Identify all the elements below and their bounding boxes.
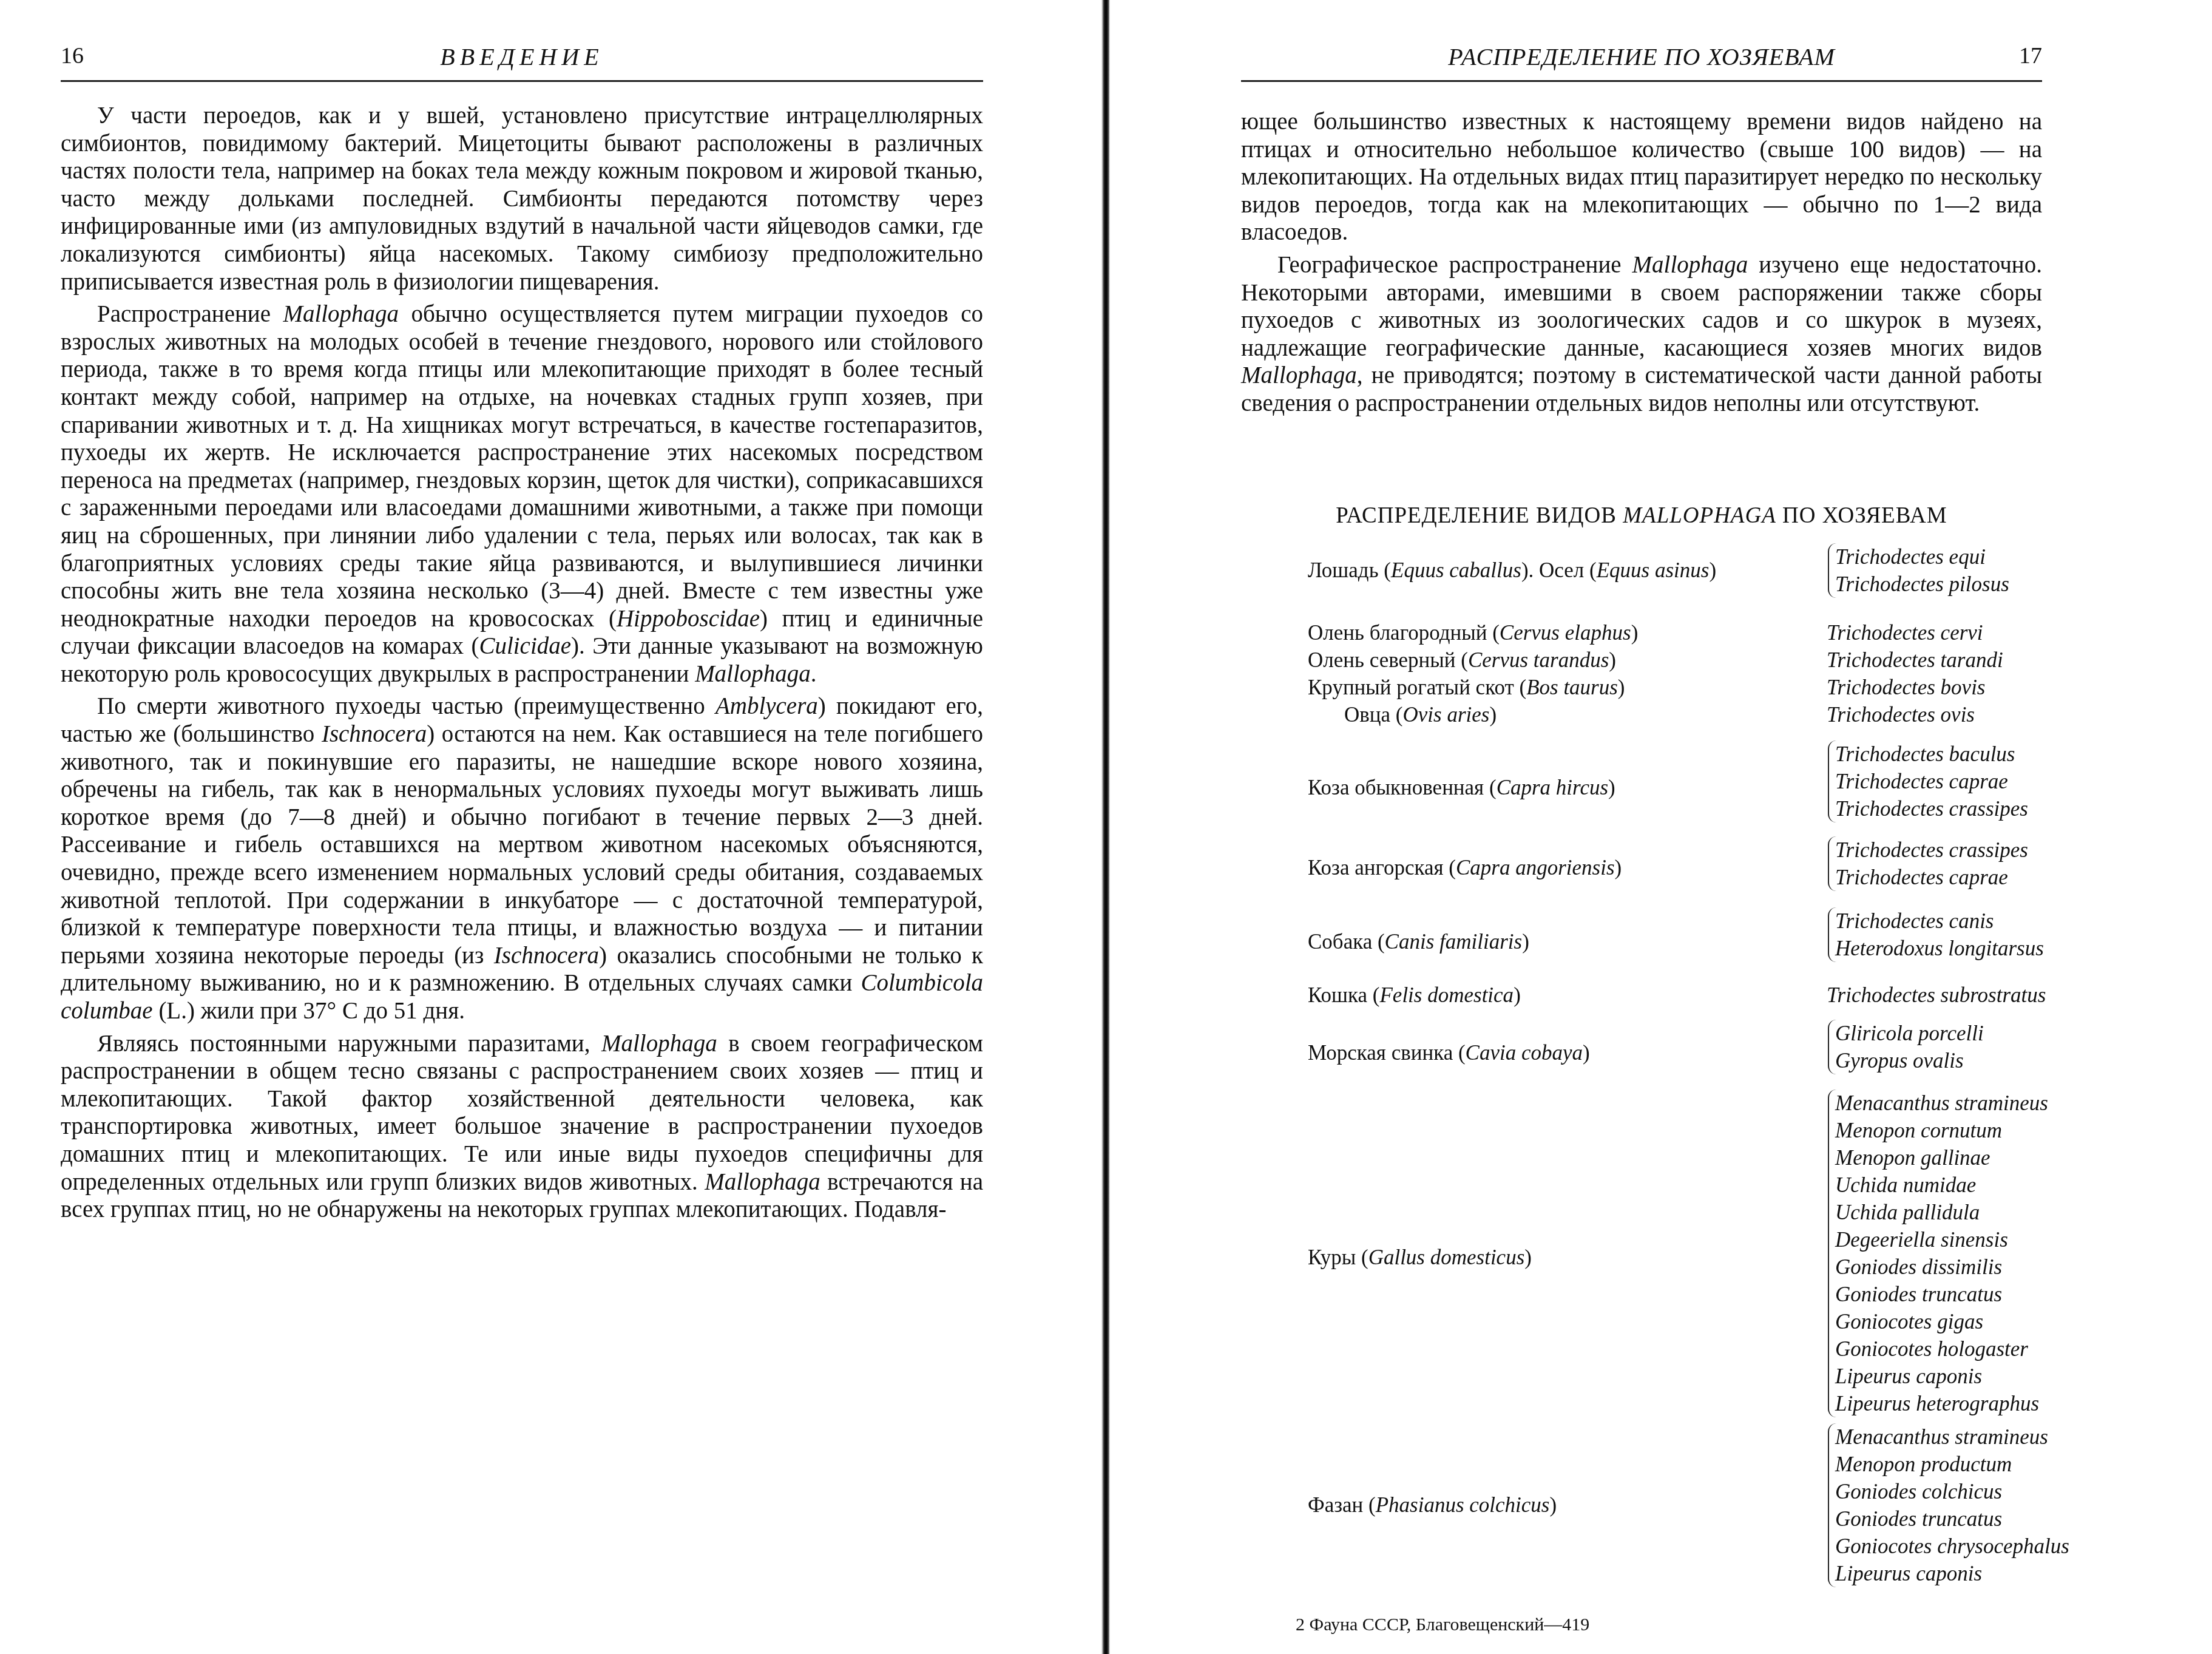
parasite-species: Goniodes colchicus	[1835, 1478, 2069, 1505]
parasite-species: Heterodoxus longitarsus	[1835, 935, 2044, 962]
parasite-species: Trichodectes caprae	[1835, 864, 2028, 891]
page-number-right: 17	[2019, 42, 2042, 69]
right-body-text: ющее большинство известных к настоящему …	[1241, 108, 2042, 422]
left-paragraph: Являясь постоянными наружными паразитами…	[61, 1030, 983, 1224]
left-page: 16 ВВЕДЕНИЕ У части пероедов, как и у вш…	[0, 0, 1080, 1654]
parasite-species: Trichodectes caprae	[1835, 768, 2028, 795]
parasite-list: Trichodectes subrostratus	[1827, 981, 2046, 1009]
parasite-species: Trichodectes crassipes	[1835, 795, 2028, 822]
running-head-title-right: РАСПРЕДЕЛЕНИЕ ПО ХОЗЯЕВАМ	[1241, 42, 2042, 71]
left-paragraph: По смерти животного пухоеды частью (преи…	[61, 693, 983, 1025]
parasite-species: Goniodes truncatus	[1835, 1505, 2069, 1533]
parasite-list: Trichodectes cervi	[1827, 619, 1983, 646]
parasite-list: Trichodectes ovis	[1827, 701, 1975, 728]
host-name: Крупный рогатый скот (Bos taurus)	[1308, 676, 1625, 700]
parasite-species: Goniodes truncatus	[1835, 1281, 2048, 1308]
left-body-text: У части пероедов, как и у вшей, установл…	[61, 102, 983, 1229]
parasite-species: Trichodectes canis	[1835, 907, 2044, 935]
host-name: Олень северный (Cervus tarandus)	[1308, 648, 1616, 673]
parasite-species: Trichodectes bovis	[1827, 674, 1986, 701]
parasite-species: Menopon productum	[1835, 1451, 2069, 1478]
parasite-species: Trichodectes crassipes	[1835, 836, 2028, 864]
parasite-species: Goniocotes gigas	[1835, 1308, 2048, 1335]
parasite-species: Goniocotes hologaster	[1835, 1335, 2048, 1363]
parasite-list: Trichodectes canisHeterodoxus longitarsu…	[1828, 907, 2044, 962]
parasite-list: Trichodectes tarandi	[1827, 646, 2003, 674]
host-name: Собака (Canis familiaris)	[1308, 930, 1529, 954]
parasite-species: Trichodectes tarandi	[1827, 646, 2003, 674]
parasite-list: Gliricola porcelliGyropus ovalis	[1828, 1020, 1984, 1074]
host-name: Овца (Ovis aries)	[1344, 703, 1497, 727]
running-head-title-left: ВВЕДЕНИЕ	[61, 42, 983, 71]
parasite-species: Trichodectes ovis	[1827, 701, 1975, 728]
parasite-species: Trichodectes pilosus	[1835, 571, 2009, 598]
parasite-species: Menopon cornutum	[1835, 1117, 2048, 1144]
parasite-species: Uchida numidae	[1835, 1171, 2048, 1199]
parasite-species: Lipeurus caponis	[1835, 1560, 2069, 1587]
parasite-list: Trichodectes crassipesTrichodectes capra…	[1828, 836, 2028, 891]
parasite-list: Menacanthus stramineusMenopon cornutumMe…	[1828, 1090, 2048, 1417]
parasite-list: Trichodectes equiTrichodectes pilosus	[1828, 543, 2009, 598]
book-gutter	[1101, 0, 1110, 1654]
parasite-species: Menacanthus stramineus	[1835, 1423, 2069, 1451]
table-title: РАСПРЕДЕЛЕНИЕ ВИДОВ MALLOPHAGA ПО ХОЗЯЕВ…	[1241, 503, 2042, 529]
right-paragraph: Географическое распространение Mallophag…	[1241, 251, 2042, 418]
table-title-italic: MALLOPHAGA	[1623, 503, 1776, 528]
table-title-prefix: РАСПРЕДЕЛЕНИЕ ВИДОВ	[1336, 503, 1623, 528]
parasite-species: Lipeurus heterographus	[1835, 1390, 2048, 1417]
host-name: Коза ангорская (Capra angoriensis)	[1308, 856, 1622, 880]
parasite-species: Gyropus ovalis	[1835, 1047, 1984, 1074]
host-name: Куры (Gallus domesticus)	[1308, 1246, 1532, 1270]
parasite-species: Trichodectes cervi	[1827, 619, 1983, 646]
left-paragraph: Распространение Mallophaga обычно осущес…	[61, 300, 983, 688]
right-paragraph: ющее большинство известных к настоящему …	[1241, 108, 2042, 246]
parasite-species: Trichodectes baculus	[1835, 741, 2028, 768]
parasite-species: Menopon gallinae	[1835, 1144, 2048, 1171]
table-title-suffix: ПО ХОЗЯЕВАМ	[1776, 503, 1947, 528]
parasite-species: Menacanthus stramineus	[1835, 1090, 2048, 1117]
running-head-left: 16 ВВЕДЕНИЕ	[61, 38, 983, 82]
host-name: Лошадь (Equus caballus). Осел (Equus asi…	[1308, 558, 1716, 583]
running-head-right: РАСПРЕДЕЛЕНИЕ ПО ХОЗЯЕВАМ 17	[1241, 38, 2042, 82]
host-name: Коза обыкновенная (Capra hircus)	[1308, 776, 1615, 800]
parasite-species: Goniodes dissimilis	[1835, 1253, 2048, 1281]
parasite-species: Gliricola porcelli	[1835, 1020, 1984, 1047]
parasite-list: Trichodectes baculusTrichodectes capraeT…	[1828, 741, 2028, 822]
host-name: Олень благородный (Cervus elaphus)	[1308, 621, 1638, 645]
host-name: Морская свинка (Cavia cobaya)	[1308, 1041, 1590, 1065]
parasite-species: Trichodectes equi	[1835, 543, 2009, 571]
parasite-species: Goniocotes chrysocephalus	[1835, 1533, 2069, 1560]
host-name: Кошка (Felis domestica)	[1308, 983, 1521, 1008]
parasite-list: Menacanthus stramineusMenopon productumG…	[1828, 1423, 2069, 1587]
parasite-species: Uchida pallidula	[1835, 1199, 2048, 1226]
parasite-species: Degeeriella sinensis	[1835, 1226, 2048, 1253]
parasite-species: Lipeurus caponis	[1835, 1363, 2048, 1390]
left-paragraph: У части пероедов, как и у вшей, установл…	[61, 102, 983, 296]
parasite-list: Trichodectes bovis	[1827, 674, 1986, 701]
host-name: Фазан (Phasianus colchicus)	[1308, 1493, 1557, 1517]
parasite-species: Trichodectes subrostratus	[1827, 981, 2046, 1009]
signature-line: 2 Фауна СССР, Благовещенский—419	[1296, 1615, 1589, 1635]
